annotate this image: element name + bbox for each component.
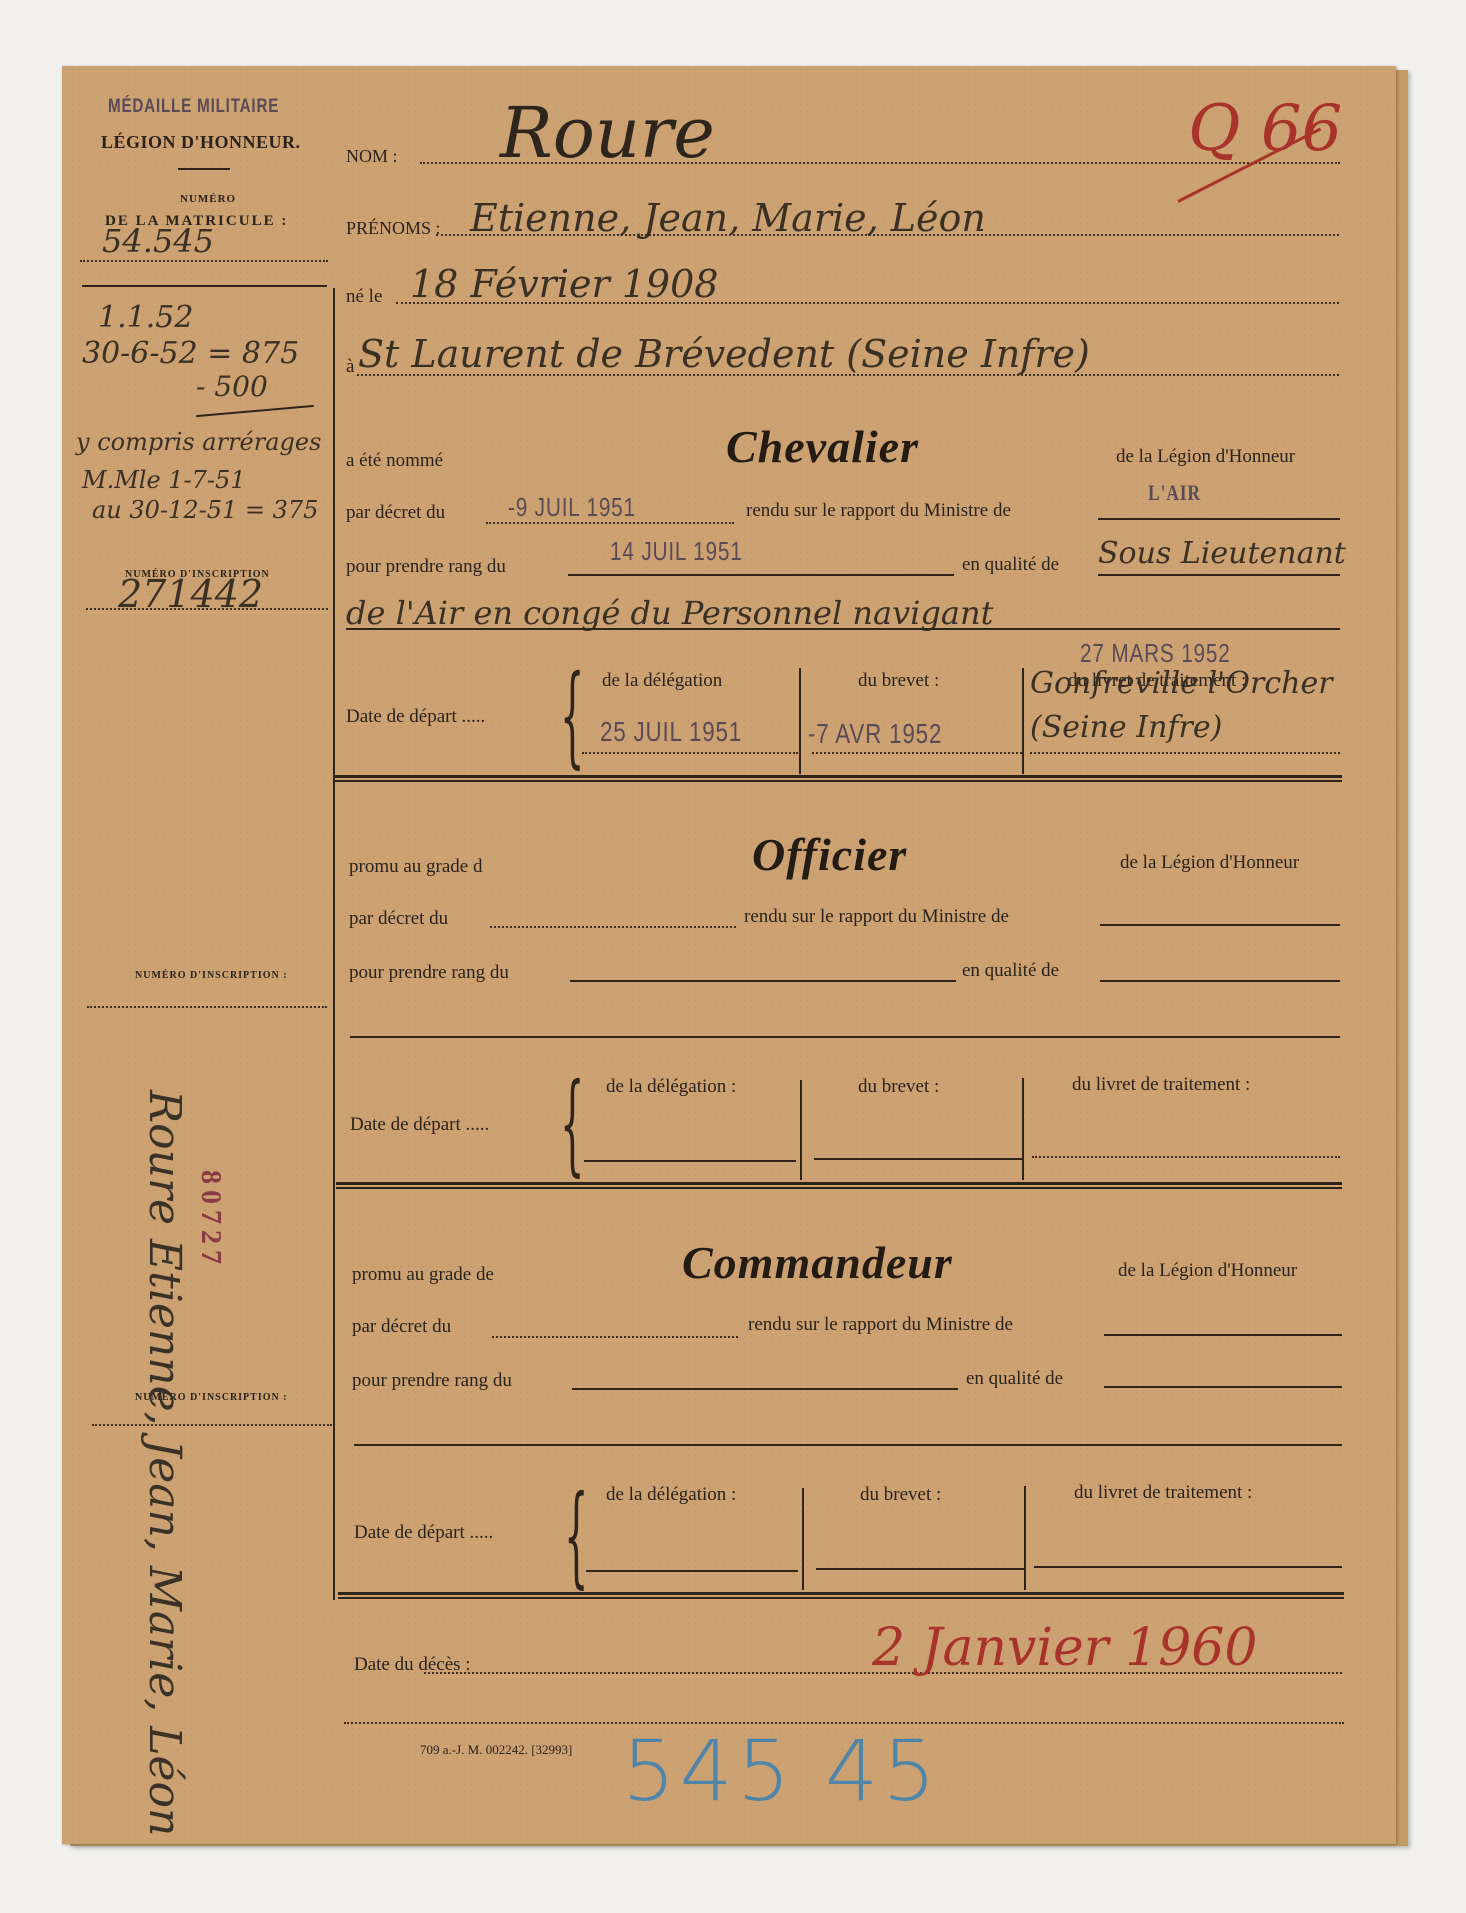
ne-le-line: [396, 302, 1339, 304]
chevalier-decret-label: par décret du: [346, 502, 445, 524]
lieu-line: [357, 374, 1339, 376]
officier-depart-label: Date de départ .....: [350, 1114, 489, 1136]
commandeur-qualite-line-2: [354, 1444, 1342, 1446]
note-line-1: 1.1.52: [98, 300, 193, 335]
chevalier-livret-line: [1030, 752, 1340, 754]
deces-value: 2 Janvier 1960: [872, 1618, 1257, 1678]
chevalier-livret-value-2: (Seine Infre): [1030, 710, 1222, 745]
chevalier-suffix: de la Légion d'Honneur: [1116, 446, 1295, 468]
lieu-value: St Laurent de Brévedent (Seine Infre): [358, 332, 1090, 376]
commandeur-title: Commandeur: [682, 1236, 953, 1289]
commandeur-ministre-line: [1104, 1334, 1342, 1336]
officier-suffix: de la Légion d'Honneur: [1120, 852, 1299, 874]
officier-qualite-line-2: [350, 1036, 1340, 1038]
officier-intro: promu au grade d: [349, 856, 482, 878]
ne-le-value: 18 Février 1908: [410, 262, 718, 306]
commandeur-livret-line: [1034, 1566, 1342, 1568]
chevalier-delegation-line: [582, 752, 798, 754]
officier-qualite-line: [1100, 980, 1340, 982]
officier-livret-label: du livret de traitement :: [1072, 1074, 1250, 1096]
chevalier-decret-value: -9 JUIL 1951: [508, 492, 636, 523]
chevalier-qualite-value: Sous Lieutenant: [1098, 536, 1346, 571]
commandeur-livret-label: du livret de traitement :: [1074, 1482, 1252, 1504]
chevalier-rang-label: pour prendre rang du: [346, 556, 506, 578]
commandeur-brevet-line: [816, 1568, 1024, 1570]
commandeur-divider-2: [1024, 1486, 1026, 1590]
vertical-name: Roure Etienne, Jean, Marie, Léon: [139, 1090, 190, 1836]
chevalier-depart-label: Date de départ .....: [346, 706, 485, 728]
chevalier-rapport-label: rendu sur le rapport du Ministre de: [746, 500, 1011, 522]
officier-decret-label: par décret du: [349, 908, 448, 930]
numero-label: NUMÉRO: [180, 193, 236, 205]
commandeur-qualite-label: en qualité de: [966, 1368, 1063, 1390]
commandeur-depart-label: Date de départ .....: [354, 1522, 493, 1544]
commandeur-suffix: de la Légion d'Honneur: [1118, 1260, 1297, 1282]
commandeur-rang-line: [572, 1388, 958, 1390]
medaille-militaire-stamp: MÉDAILLE MILITAIRE: [108, 96, 279, 118]
commandeur-delegation-label: de la délégation :: [606, 1484, 736, 1506]
inscription-label-2: NUMÉRO D'INSCRIPTION :: [135, 970, 288, 981]
column-divider: [333, 288, 335, 1600]
ne-le-label: né le: [346, 286, 382, 308]
chevalier-title: Chevalier: [726, 420, 919, 473]
chevalier-brevet-label: du brevet :: [858, 670, 939, 692]
chevalier-rang-line: [568, 574, 954, 576]
note-line-4: y compris arrérages: [76, 428, 321, 456]
officier-rapport-label: rendu sur le rapport du Ministre de: [744, 906, 1009, 928]
officier-brevet-line: [814, 1158, 1022, 1160]
chevalier-decret-line: [486, 522, 734, 524]
chevalier-brevet-line: [812, 752, 1022, 754]
stamp-number: 80727: [194, 1170, 226, 1270]
chevalier-delegation-value: 25 JUIL 1951: [600, 716, 742, 748]
chevalier-qualite-line: [1098, 574, 1340, 576]
matricule-bottom-rule: [82, 285, 327, 287]
print-reference: 709 a.-J. M. 002242. [32993]: [420, 1742, 572, 1758]
commandeur-decret-label: par décret du: [352, 1316, 451, 1338]
commandeur-decret-line: [492, 1336, 738, 1338]
chevalier-divider-1: [799, 668, 801, 774]
chevalier-qualite-value-2: de l'Air en congé du Personnel navigant: [346, 594, 993, 632]
chevalier-qualite-line-2: [346, 628, 1340, 630]
officier-title: Officier: [752, 828, 907, 881]
commandeur-intro: promu au grade de: [352, 1264, 494, 1286]
commandeur-brevet-label: du brevet :: [860, 1484, 941, 1506]
chevalier-brevet-value: -7 AVR 1952: [808, 718, 942, 750]
nom-label: NOM :: [346, 146, 398, 167]
a-label: à: [346, 356, 354, 378]
chevalier-intro: a été nommé: [346, 450, 443, 472]
officier-rang-label: pour prendre rang du: [349, 962, 509, 984]
note-line-2: 30-6-52 = 875: [82, 336, 299, 371]
prenoms-label: PRÉNOMS :: [346, 218, 441, 239]
inscription-line-2: [87, 1006, 327, 1008]
chevalier-ministre-line: [1098, 518, 1340, 520]
chevalier-divider-2: [1022, 668, 1024, 774]
officier-qualite-label: en qualité de: [962, 960, 1059, 982]
officier-brevet-label: du brevet :: [858, 1076, 939, 1098]
commandeur-divider-1: [802, 1488, 804, 1590]
section-separator-1: [334, 775, 1342, 782]
chevalier-livret-value: Gonfreville l'Orcher: [1030, 666, 1333, 701]
commandeur-rang-label: pour prendre rang du: [352, 1370, 512, 1392]
matricule-value: 54.545: [102, 222, 214, 260]
officier-decret-line: [490, 926, 736, 928]
officier-livret-line: [1032, 1156, 1340, 1158]
chevalier-rang-value: 14 JUIL 1951: [610, 536, 743, 567]
chevalier-delegation-label: de la délégation: [602, 670, 722, 692]
officier-delegation-line: [584, 1160, 796, 1162]
blue-pencil-number: 545 45: [622, 1722, 940, 1820]
officier-rang-line: [570, 980, 956, 982]
chevalier-livret-stamp: 27 MARS 1952: [1080, 638, 1231, 669]
commandeur-delegation-line: [586, 1570, 798, 1572]
matricule-line: [80, 260, 328, 262]
inscription-line-3: [92, 1424, 332, 1426]
prenoms-line: [436, 234, 1339, 236]
officier-delegation-label: de la délégation :: [606, 1076, 736, 1098]
section-separator-2: [336, 1182, 1342, 1189]
inscription-line-1: [86, 608, 328, 610]
note-line-6: au 30-12-51 = 375: [92, 496, 318, 524]
note-line-5: M.Mle 1-7-51: [82, 466, 246, 494]
note-line-3: - 500: [196, 370, 268, 403]
legion-honneur-header: LÉGION D'HONNEUR.: [101, 132, 301, 153]
chevalier-brace: {: [560, 660, 585, 770]
section-separator-3: [338, 1592, 1344, 1599]
commandeur-rapport-label: rendu sur le rapport du Ministre de: [748, 1314, 1013, 1336]
commandeur-qualite-line: [1104, 1386, 1342, 1388]
officier-divider-2: [1022, 1078, 1024, 1180]
officier-divider-1: [800, 1080, 802, 1180]
commandeur-brace: {: [564, 1480, 589, 1590]
chevalier-qualite-label: en qualité de: [962, 554, 1059, 576]
officier-brace: {: [560, 1068, 585, 1178]
officier-ministre-line: [1100, 924, 1340, 926]
chevalier-ministre-value: L'AIR: [1148, 480, 1201, 506]
header-rule: [178, 168, 230, 170]
